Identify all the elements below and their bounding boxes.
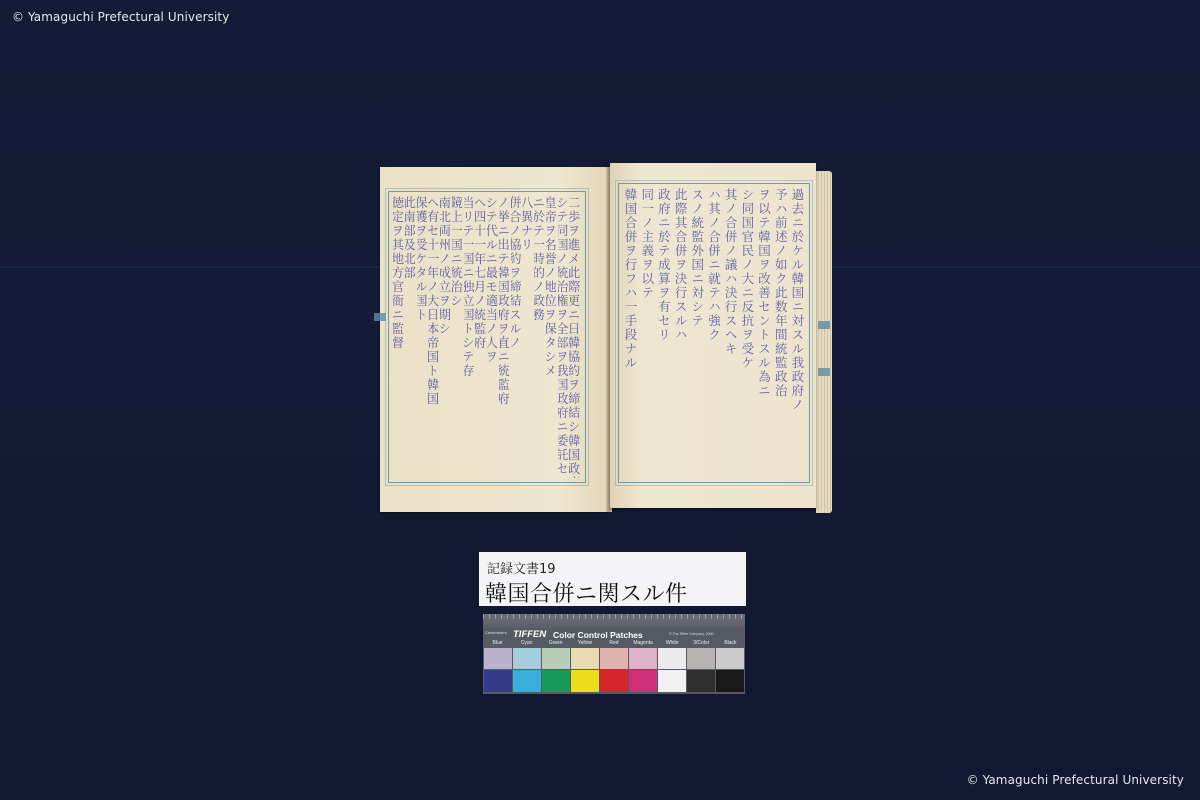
manuscript-column: スノ統監外国ニ対シテ [690, 188, 705, 478]
manuscript-column: シ同国官民ノ大ニ反抗ヲ受ケ [740, 188, 755, 478]
color-patch-blue-light [484, 648, 512, 669]
left-page-frame: 二歩ヲ進メ此際更ニ日韓協約ヲ締結シ韓国政府ヲシテ同国ノ統治権ヲ全部ヲ我国政府ニ委… [388, 191, 586, 483]
manuscript-column: 韓国合併ヲ行フハ一手段ナル [623, 188, 638, 478]
right-page-text: 過去ニ於ケル韓国ニ対スル我政府ノ予ハ前述ノ如ク此数年間統監政治ヲ以テ韓国ヲ改善セ… [623, 188, 805, 478]
manuscript-column: 南北両州ノ成立ヲ期シ [440, 196, 452, 478]
color-patch-cyan-dark [513, 670, 541, 692]
color-patch-3-color-light [687, 648, 715, 669]
manuscript-column: ハ其ノ合併ニ就テハ強ク [706, 188, 721, 478]
right-page: 過去ニ於ケル韓国ニ対スル我政府ノ予ハ前述ノ如ク此数年間統監政治ヲ以テ韓国ヲ改善セ… [610, 163, 816, 508]
manuscript-column: 此南部及北部 [405, 196, 417, 478]
manuscript-column: 鏡上一国ニ統治シ [452, 196, 464, 478]
color-chart-copyright: © The Tiffen Company, 2000 [669, 632, 713, 636]
left-page-text: 二歩ヲ進メ此際更ニ日韓協約ヲ締結シ韓国政府ヲシテ同国ノ統治権ヲ全部ヲ我国政府ニ委… [393, 196, 581, 478]
color-patch-magenta-dark [629, 670, 657, 692]
color-patch-magenta-light [629, 648, 657, 669]
manuscript-column: ノ挙ニ出テ韓国政府ヲ直ニ統監府 [499, 196, 511, 478]
patch-name-label: Blue [483, 640, 512, 648]
manuscript-column: 過去ニ於ケル韓国ニ対スル我政府ノ [790, 188, 805, 478]
color-patch-cyan-light [513, 648, 541, 669]
color-patch-black-dark [716, 670, 744, 692]
document-label-card: 記録文書19 韓国合併ニ関スル件 [479, 552, 746, 606]
manuscript-column: 保護ヲ受ケタル国ト [417, 196, 429, 478]
color-patch-white-light [658, 648, 686, 669]
ruler-unit-label: Centimeters [485, 630, 507, 635]
copyright-watermark-top: © Yamaguchi Prefectural University [12, 10, 229, 24]
binding-tab-right-upper [818, 321, 830, 329]
color-patch-3-color-dark [687, 670, 715, 692]
manuscript-column: 同一ノ主義ヲ以テ [640, 188, 655, 478]
color-patch-yellow-light [571, 648, 599, 669]
manuscript-column: 八異ナリ [522, 196, 534, 478]
manuscript-column: 此際其合併ヲ決行スルハ [673, 188, 688, 478]
label-title: 韓国合併ニ関スル件 [485, 577, 688, 608]
manuscript-column: ニ於テ一時的ノ政務 [534, 196, 546, 478]
copyright-watermark-bottom: © Yamaguchi Prefectural University [967, 773, 1184, 787]
color-chart-header [483, 614, 745, 628]
patch-name-label: Green [541, 640, 570, 648]
patch-row-saturated [483, 670, 745, 692]
color-patch-green-light [542, 648, 570, 669]
tiffen-logo: TIFFEN [513, 629, 546, 640]
patch-name-label: White [658, 640, 687, 648]
label-subtitle: 記録文書19 [487, 558, 556, 577]
patch-name-label: 3/Color [687, 640, 716, 648]
binding-tab-left [374, 313, 386, 321]
manuscript-column: ヘ四十一年七月ノ統監府 [475, 196, 487, 478]
color-patch-white-dark [658, 670, 686, 692]
patch-name-label: Yellow [570, 640, 599, 648]
patch-names: BlueCyanGreenYellowRedMagentaWhite3/Colo… [483, 640, 745, 648]
color-patch-red-light [600, 648, 628, 669]
manuscript-column: ヲ以テ韓国ヲ改善セントスル為ニ [757, 188, 772, 478]
open-manuscript-book: 二歩ヲ進メ此際更ニ日韓協約ヲ締結シ韓国政府ヲシテ同国ノ統治権ヲ全部ヲ我国政府ニ委… [380, 163, 850, 523]
manuscript-column: シテ同国ノ統治権ヲ全部ヲ我国政府ニ委託セ [558, 196, 570, 478]
left-page: 二歩ヲ進メ此際更ニ日韓協約ヲ締結シ韓国政府ヲシテ同国ノ統治権ヲ全部ヲ我国政府ニ委… [380, 167, 608, 512]
page-edges [816, 171, 832, 513]
patch-name-label: Black [716, 640, 745, 648]
patch-row-light [483, 648, 745, 669]
manuscript-column: 其ノ合併ノ議ハ決行スヘキ [723, 188, 738, 478]
color-patch-red-dark [600, 670, 628, 692]
manuscript-column: 二歩ヲ進メ此際更ニ日韓協約ヲ締結シ韓国政府ヲ [569, 196, 581, 478]
patch-name-label: Red [599, 640, 628, 648]
patch-name-label: Magenta [629, 640, 658, 648]
color-chart-title: Color Control Patches [553, 630, 643, 640]
manuscript-column: 併合ノ協約ヲ締結スルノ [511, 196, 523, 478]
manuscript-column: 当リテ一国ニ独立国トシテ存 [464, 196, 476, 478]
color-patch-green-dark [542, 670, 570, 692]
color-patch-yellow-dark [571, 670, 599, 692]
color-patch-blue-dark [484, 670, 512, 692]
manuscript-column: 政府ニ於テ成算ヲ有セリ [656, 188, 671, 478]
ruler-ticks [483, 614, 745, 619]
manuscript-column: 皇帝ヲ名誉ノ地位ヲ保タシメ [546, 196, 558, 478]
color-patch-black-light [716, 648, 744, 669]
patch-name-label: Cyan [512, 640, 541, 648]
manuscript-column: シテ代ルニ最モ適当ノ人ヲ [487, 196, 499, 478]
right-page-frame: 過去ニ於ケル韓国ニ対スル我政府ノ予ハ前述ノ如ク此数年間統監政治ヲ以テ韓国ヲ改善セ… [618, 183, 810, 483]
manuscript-column: 徳定ヲ其地方官衙ニ監督 [393, 196, 405, 478]
manuscript-column: ヘ有セ十一年ノ大日本帝国ト韓国 [428, 196, 440, 478]
color-control-patches: Centimeters TIFFEN Color Control Patches… [483, 614, 745, 694]
manuscript-column: 予ハ前述ノ如ク此数年間統監政治 [773, 188, 788, 478]
binding-tab-right-lower [818, 368, 830, 376]
